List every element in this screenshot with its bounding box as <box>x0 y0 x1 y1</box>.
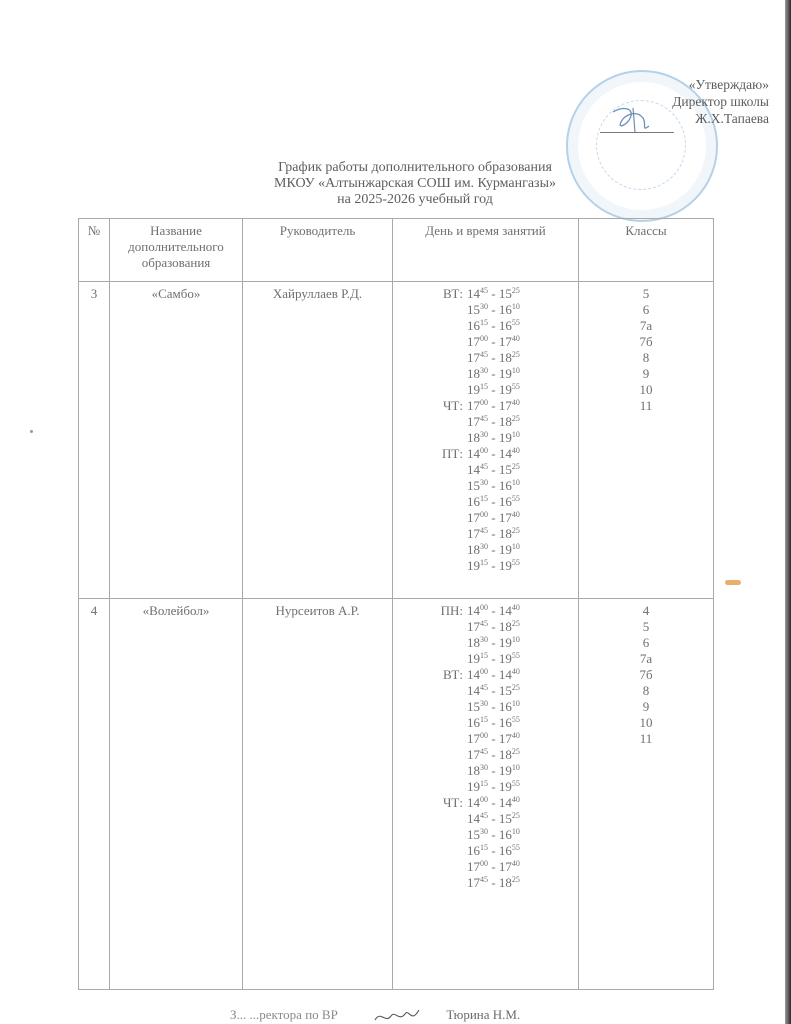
schedule-day <box>411 827 467 843</box>
scan-speck <box>30 430 33 433</box>
schedule-day <box>411 683 467 699</box>
schedule-day <box>411 763 467 779</box>
class-item: 7а <box>583 318 709 334</box>
table-row: 3 «Самбо» Хайруллаев Р.Д. ВТ:1445 - 1525… <box>79 282 714 599</box>
schedule-slot: 1915 - 1955 <box>411 558 574 574</box>
schedule-time: 1700 - 1740 <box>467 510 520 526</box>
schedule-slot: 1530 - 1610 <box>411 699 574 715</box>
schedule-day <box>411 414 467 430</box>
schedule-time: 1915 - 1955 <box>467 651 520 667</box>
schedule-slot: ПТ:1400 - 1440 <box>411 446 574 462</box>
schedule-time: 1830 - 1910 <box>467 542 520 558</box>
schedule-slot: 1830 - 1910 <box>411 366 574 382</box>
schedule-slot: 1915 - 1955 <box>411 779 574 795</box>
schedule-slot: ВТ:1400 - 1440 <box>411 667 574 683</box>
schedule-day <box>411 382 467 398</box>
schedule-slot: 1445 - 1525 <box>411 811 574 827</box>
row-classes: 4567а7б891011 <box>579 599 714 990</box>
schedule-day <box>411 779 467 795</box>
title-line-2: МКОУ «Алтынжарская СОШ им. Курмангазы» <box>150 176 680 192</box>
schedule-day <box>411 350 467 366</box>
schedule-day <box>411 430 467 446</box>
schedule-slot: 1745 - 1825 <box>411 414 574 430</box>
class-item: 10 <box>583 715 709 731</box>
footer-signature: З... ...ректора по ВР Тюрина Н.М. <box>230 1006 520 1024</box>
schedule-slot: 1700 - 1740 <box>411 510 574 526</box>
schedule-slot: 1530 - 1610 <box>411 478 574 494</box>
row-number: 3 <box>79 282 110 599</box>
schedule-slot: 1745 - 1825 <box>411 350 574 366</box>
schedule-slot: 1615 - 1655 <box>411 715 574 731</box>
schedule-slot: 1615 - 1655 <box>411 843 574 859</box>
scan-edge <box>785 0 791 1024</box>
class-item: 7б <box>583 334 709 350</box>
schedule-slot: 1830 - 1910 <box>411 542 574 558</box>
schedule-slot: 1745 - 1825 <box>411 747 574 763</box>
header-schedule: День и время занятий <box>393 219 579 282</box>
schedule-slot: 1615 - 1655 <box>411 494 574 510</box>
footer-name: Тюрина Н.М. <box>446 1007 520 1022</box>
schedule-day <box>411 811 467 827</box>
schedule-time: 1830 - 1910 <box>467 635 520 651</box>
header-leader: Руководитель <box>243 219 393 282</box>
class-item: 5 <box>583 619 709 635</box>
schedule-time: 1445 - 1525 <box>467 286 520 302</box>
class-item: 8 <box>583 683 709 699</box>
schedule-day <box>411 699 467 715</box>
schedule-slot: 1700 - 1740 <box>411 859 574 875</box>
class-item: 5 <box>583 286 709 302</box>
class-item: 11 <box>583 398 709 414</box>
header-name: Название дополнительного образования <box>110 219 243 282</box>
schedule-slot: 1445 - 1525 <box>411 462 574 478</box>
orange-marker-scribble <box>725 580 741 585</box>
schedule-slot: 1830 - 1910 <box>411 635 574 651</box>
schedule-slot: ЧТ:1700 - 1740 <box>411 398 574 414</box>
schedule-time: 1530 - 1610 <box>467 699 520 715</box>
schedule-time: 1915 - 1955 <box>467 558 520 574</box>
row-number: 4 <box>79 599 110 990</box>
schedule-time: 1915 - 1955 <box>467 779 520 795</box>
schedule-slot: 1745 - 1825 <box>411 619 574 635</box>
class-item: 7а <box>583 651 709 667</box>
table-row: 4 «Волейбол» Нурсеитов А.Р. ПН:1400 - 14… <box>79 599 714 990</box>
schedule-time: 1615 - 1655 <box>467 843 520 859</box>
schedule-slot: 1530 - 1610 <box>411 302 574 318</box>
schedule-slot: 1830 - 1910 <box>411 763 574 779</box>
schedule-time: 1400 - 1440 <box>467 795 520 811</box>
schedule-time: 1400 - 1440 <box>467 603 520 619</box>
schedule-time: 1745 - 1825 <box>467 875 520 891</box>
schedule-slot: 1445 - 1525 <box>411 683 574 699</box>
schedule-day <box>411 731 467 747</box>
schedule-time: 1530 - 1610 <box>467 302 520 318</box>
schedule-time: 1745 - 1825 <box>467 414 520 430</box>
row-leader: Хайруллаев Р.Д. <box>243 282 393 599</box>
schedule-day <box>411 510 467 526</box>
document-title: График работы дополнительного образовани… <box>150 160 680 208</box>
schedule-time: 1445 - 1525 <box>467 683 520 699</box>
schedule-time: 1700 - 1740 <box>467 859 520 875</box>
schedule-time: 1745 - 1825 <box>467 747 520 763</box>
signature-line <box>600 132 674 133</box>
schedule-day <box>411 843 467 859</box>
approval-block: «Утверждаю» Директор школы Ж.Х.Тапаева <box>672 76 769 127</box>
schedule-slot: 1615 - 1655 <box>411 318 574 334</box>
schedule-day <box>411 526 467 542</box>
row-schedule: ВТ:1445 - 15251530 - 16101615 - 16551700… <box>393 282 579 599</box>
class-item: 8 <box>583 350 709 366</box>
schedule-slot: 1745 - 1825 <box>411 875 574 891</box>
row-name: «Самбо» <box>110 282 243 599</box>
schedule-slot: 1700 - 1740 <box>411 334 574 350</box>
schedule-time: 1530 - 1610 <box>467 827 520 843</box>
title-line-1: График работы дополнительного образовани… <box>150 160 680 176</box>
schedule-day <box>411 875 467 891</box>
class-item: 9 <box>583 699 709 715</box>
schedule-day <box>411 542 467 558</box>
class-item: 9 <box>583 366 709 382</box>
approval-label: «Утверждаю» <box>672 76 769 93</box>
schedule-time: 1915 - 1955 <box>467 382 520 398</box>
schedule-slot: 1530 - 1610 <box>411 827 574 843</box>
schedule-day <box>411 619 467 635</box>
schedule-day <box>411 334 467 350</box>
schedule-time: 1400 - 1440 <box>467 667 520 683</box>
deputy-signature <box>371 1006 431 1024</box>
schedule-day <box>411 302 467 318</box>
row-classes: 567а7б891011 <box>579 282 714 599</box>
class-item: 7б <box>583 667 709 683</box>
header-number: № <box>79 219 110 282</box>
schedule-table: № Название дополнительного образования Р… <box>78 218 714 990</box>
director-signature <box>603 104 663 134</box>
schedule-slot: ЧТ:1400 - 1440 <box>411 795 574 811</box>
schedule-day <box>411 859 467 875</box>
schedule-day: ВТ: <box>411 667 467 683</box>
schedule-time: 1830 - 1910 <box>467 366 520 382</box>
schedule-time: 1445 - 1525 <box>467 462 520 478</box>
schedule-time: 1445 - 1525 <box>467 811 520 827</box>
schedule-time: 1745 - 1825 <box>467 526 520 542</box>
schedule-day <box>411 715 467 731</box>
row-schedule: ПН:1400 - 14401745 - 18251830 - 19101915… <box>393 599 579 990</box>
class-item: 11 <box>583 731 709 747</box>
schedule-day <box>411 747 467 763</box>
footer-role: З... ...ректора по ВР <box>230 1007 338 1022</box>
schedule-slot: 1915 - 1955 <box>411 651 574 667</box>
schedule-day <box>411 462 467 478</box>
schedule-day <box>411 478 467 494</box>
schedule-time: 1400 - 1440 <box>467 446 520 462</box>
schedule-day: ЧТ: <box>411 795 467 811</box>
schedule-day: ПН: <box>411 603 467 619</box>
schedule-day <box>411 558 467 574</box>
schedule-time: 1745 - 1825 <box>467 350 520 366</box>
title-line-3: на 2025-2026 учебный год <box>150 192 680 208</box>
class-item: 6 <box>583 635 709 651</box>
schedule-time: 1700 - 1740 <box>467 731 520 747</box>
schedule-time: 1745 - 1825 <box>467 619 520 635</box>
approval-position: Директор школы <box>672 93 769 110</box>
schedule-slot: 1745 - 1825 <box>411 526 574 542</box>
schedule-time: 1830 - 1910 <box>467 430 520 446</box>
schedule-slot: 1915 - 1955 <box>411 382 574 398</box>
schedule-day <box>411 635 467 651</box>
class-item: 6 <box>583 302 709 318</box>
row-name: «Волейбол» <box>110 599 243 990</box>
header-classes: Классы <box>579 219 714 282</box>
table-header-row: № Название дополнительного образования Р… <box>79 219 714 282</box>
schedule-time: 1700 - 1740 <box>467 398 520 414</box>
schedule-time: 1530 - 1610 <box>467 478 520 494</box>
schedule-slot: 1830 - 1910 <box>411 430 574 446</box>
schedule-time: 1700 - 1740 <box>467 334 520 350</box>
schedule-day <box>411 366 467 382</box>
schedule-slot: 1700 - 1740 <box>411 731 574 747</box>
class-item: 4 <box>583 603 709 619</box>
schedule-day: ЧТ: <box>411 398 467 414</box>
schedule-time: 1830 - 1910 <box>467 763 520 779</box>
schedule-time: 1615 - 1655 <box>467 494 520 510</box>
schedule-slot: ПН:1400 - 1440 <box>411 603 574 619</box>
schedule-time: 1615 - 1655 <box>467 715 520 731</box>
class-item: 10 <box>583 382 709 398</box>
schedule-day <box>411 318 467 334</box>
schedule-day: ВТ: <box>411 286 467 302</box>
row-leader: Нурсеитов А.Р. <box>243 599 393 990</box>
schedule-day <box>411 651 467 667</box>
schedule-day <box>411 494 467 510</box>
schedule-day: ПТ: <box>411 446 467 462</box>
approval-name: Ж.Х.Тапаева <box>672 110 769 127</box>
schedule-time: 1615 - 1655 <box>467 318 520 334</box>
schedule-slot: ВТ:1445 - 1525 <box>411 286 574 302</box>
